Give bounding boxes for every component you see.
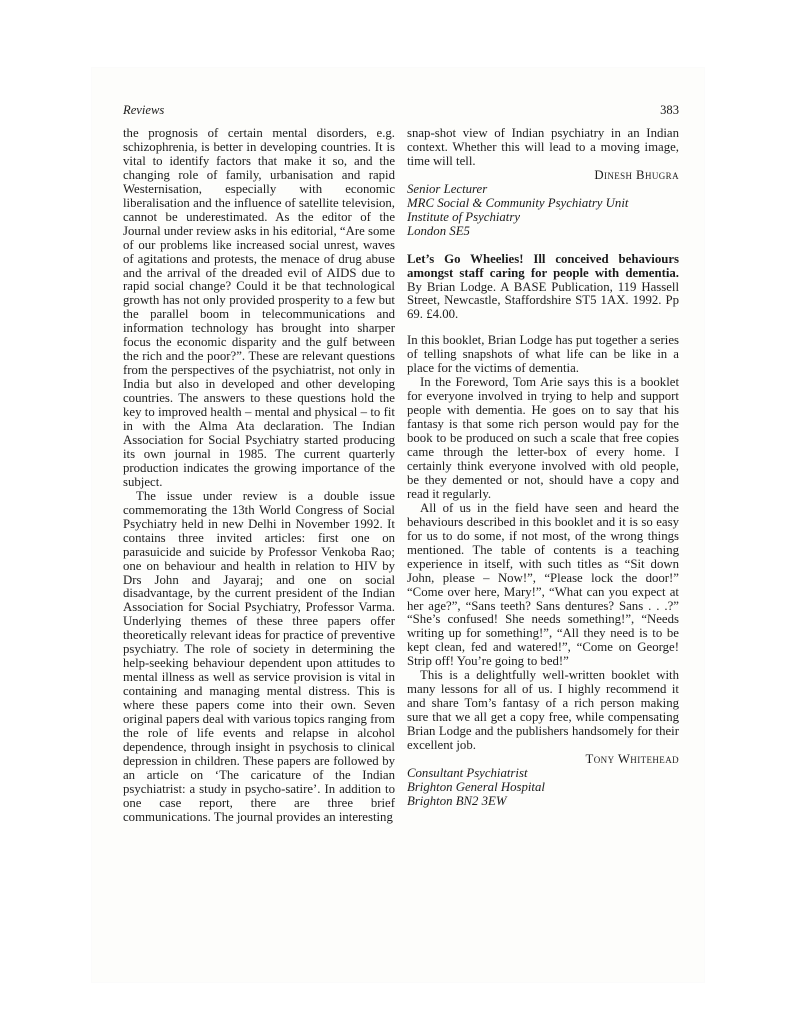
affiliation-line: Senior Lecturer [407,183,679,197]
book-title-heading: Let’s Go Wheelies! Ill conceived behavio… [407,253,679,323]
review-body-paragraph: All of us in the field have seen and hea… [407,502,679,669]
reviewer-affiliation: Consultant Psychiatrist Brighton General… [407,767,679,809]
reviewer-signature: Dinesh Bhugra [407,169,679,183]
affiliation-line: Consultant Psychiatrist [407,767,679,781]
running-head: Reviews 383 [123,103,679,117]
reviewer-signature: Tony Whitehead [407,753,679,767]
review-body-paragraph: The issue under review is a double issue… [123,490,395,825]
right-column: snap-shot view of Indian psychiatry in a… [407,127,679,809]
affiliation-line: Institute of Psychiatry [407,211,679,225]
left-column: the prognosis of certain mental disorder… [123,127,395,825]
review-body-paragraph: This is a delightfully well-written book… [407,669,679,753]
review-continuation-paragraph: snap-shot view of Indian psychiatry in a… [407,127,679,169]
review-continuation-paragraph: the prognosis of certain mental disorder… [123,127,395,490]
affiliation-line: London SE5 [407,225,679,239]
book-publication-details: By Brian Lodge. A BASE Publication, 119 … [407,280,679,322]
book-title-bold: Let’s Go Wheelies! Ill conceived behavio… [407,252,679,280]
affiliation-line: Brighton General Hospital [407,781,679,795]
running-head-section: Reviews [123,103,164,117]
affiliation-line: Brighton BN2 3EW [407,795,679,809]
review-body-paragraph: In this booklet, Brian Lodge has put tog… [407,334,679,376]
scanned-journal-page: Reviews 383 the prognosis of certain men… [0,0,800,1036]
reviewer-affiliation: Senior Lecturer MRC Social & Community P… [407,183,679,239]
review-body-paragraph: In the Foreword, Tom Arie says this is a… [407,376,679,502]
page-number: 383 [660,103,679,117]
affiliation-line: MRC Social & Community Psychiatry Unit [407,197,679,211]
